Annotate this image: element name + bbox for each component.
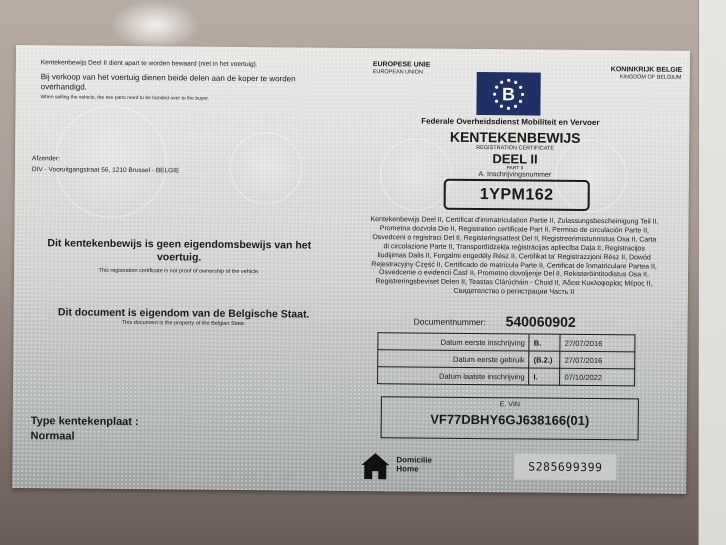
multilingual-certificate-names: Kentekenbewijs Deel II, Certificat d'imm… (369, 216, 660, 299)
date-label: Datum eerste inschrijving (378, 333, 530, 351)
date-value: 27/07/2016 (560, 351, 635, 369)
vin-box: E. VIN VF77DBHY6GJ638166(01) (381, 396, 639, 440)
property-notice-en: This document is the property of the Bel… (29, 319, 339, 328)
serial-number: S285699399 (514, 453, 616, 480)
security-rosette (230, 132, 303, 205)
storage-note: Kentekenbewijs Deel II dient apart te wo… (41, 59, 341, 69)
ownership-notice-en: This registration certificate is not pro… (39, 267, 319, 275)
document-title: KENTEKENBEWIJS (435, 129, 595, 146)
sale-warning: Bij verkoop van het voertuig dienen beid… (41, 72, 321, 94)
vin-label: E. VIN (382, 400, 638, 409)
authority-name: Federale Overheidsdienst Mobiliteit en V… (415, 116, 605, 127)
ownership-notice: Dit kentekenbewijs is geen eigendomsbewi… (39, 237, 319, 265)
eu-stars-icon: B (483, 75, 533, 113)
plate-type-value: Normaal (31, 430, 75, 442)
document-number-label: Documentnummer: (414, 316, 486, 327)
domicile-label-en: Home (396, 464, 418, 473)
registration-number-label: A. Inschrijvingsnummer (435, 171, 595, 179)
table-row: Datum laatste inschrijving I. 07/10/2022 (378, 367, 635, 386)
eu-flag: B (476, 72, 540, 116)
svg-text:B: B (502, 84, 515, 104)
domicile-label: Domicilie (396, 455, 432, 464)
security-rosette (54, 105, 167, 218)
document-number: 540060902 (506, 313, 576, 330)
sender-label: Afzender: (32, 155, 60, 162)
plate-type-label: Type kentekenplaat : (31, 415, 139, 428)
date-value: 07/10/2022 (560, 368, 635, 386)
wall-background (698, 0, 726, 545)
vin-number: VF77DBHY6GJ638166(01) (382, 411, 638, 428)
date-code: I. (529, 368, 560, 385)
registration-dates-table: Datum eerste inschrijving B. 27/07/2016 … (377, 332, 635, 386)
date-value: 27/07/2016 (560, 334, 635, 352)
kingdom-label: KONINKRIJK BELGIE (611, 66, 683, 74)
date-code: (B.2.) (529, 351, 560, 368)
light-glare (110, 0, 200, 50)
sale-warning-en: When selling the vehicle, the two parts … (41, 94, 341, 103)
eu-label: EUROPESE UNIE (373, 61, 431, 69)
kingdom-label-en: KINGDOM OF BELGIUM (620, 74, 682, 81)
eu-label-en: EUROPEAN UNION (373, 69, 423, 75)
date-code: B. (529, 334, 560, 351)
registration-certificate: Kentekenbewijs Deel II dient apart te wo… (12, 45, 690, 494)
registration-number: 1YPM162 (444, 179, 590, 211)
sender-address: DIV - Vooruitgangstraat 56, 1210 Brussel… (32, 166, 179, 174)
date-label: Datum eerste gebruik (378, 350, 530, 368)
date-label: Datum laatste inschrijving (378, 367, 530, 385)
house-icon (360, 452, 390, 480)
